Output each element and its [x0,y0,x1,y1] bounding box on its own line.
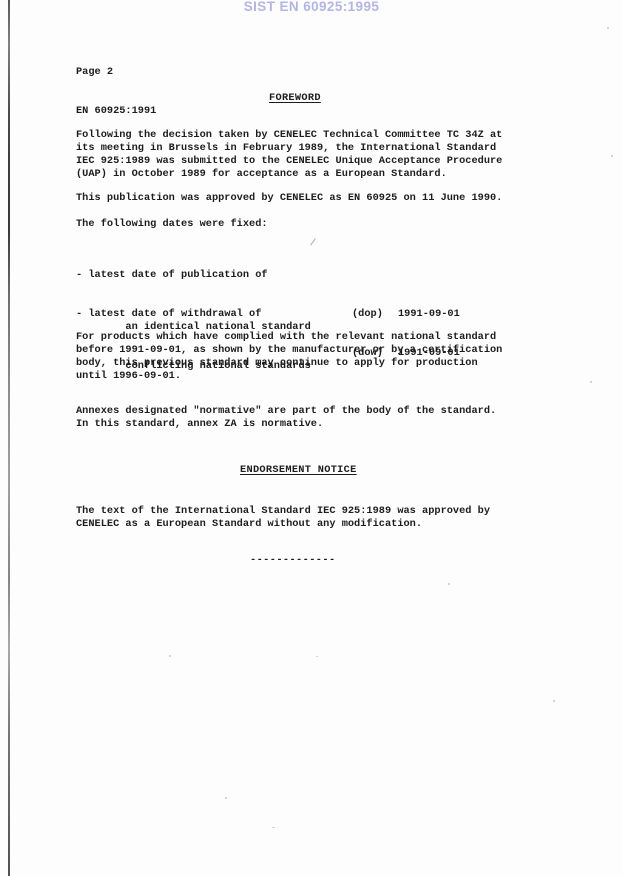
scan-noise-dot [553,700,555,702]
scan-noise-dot [272,827,275,828]
scanned-document-page: SIST EN 60925:1995 Page 2 EN 60925:1991 … [0,0,623,876]
scan-noise-dot [607,27,609,29]
scan-noise-mark: / [309,237,317,250]
scan-noise-dot [448,583,450,585]
date-label-line1: - latest date of withdrawal of [76,308,311,321]
paragraph-approval: This publication was approved by CENELEC… [76,192,502,205]
paragraph-products: For products which have complied with th… [76,331,502,383]
end-separator-dashes: ------------- [250,554,336,567]
foreword-heading: FOREWORD [269,92,321,105]
scan-noise-dot [590,381,592,383]
scan-noise-dot [225,797,227,799]
date-abbr-dop: (dop) [352,308,383,321]
scan-noise-dot [316,656,318,657]
date-label-line1: - latest date of publication of [76,269,311,282]
endorsement-heading: ENDORSEMENT NOTICE [240,464,357,477]
page-number: Page 2 [76,66,156,79]
date-value-dop: 1991-09-01 [398,308,460,321]
scan-noise-dot [611,155,613,157]
standard-reference: EN 60925:1991 [76,105,156,118]
paragraph-decision: Following the decision taken by CENELEC … [76,129,502,181]
paragraph-annexes: Annexes designated "normative" are part … [76,405,496,431]
scan-noise-dot [169,655,171,657]
paragraph-endorsement: The text of the International Standard I… [76,505,490,531]
watermark-banner: SIST EN 60925:1995 [0,0,623,13]
paragraph-dates-intro: The following dates were fixed: [76,218,268,231]
scan-edge-artifact [8,0,10,876]
